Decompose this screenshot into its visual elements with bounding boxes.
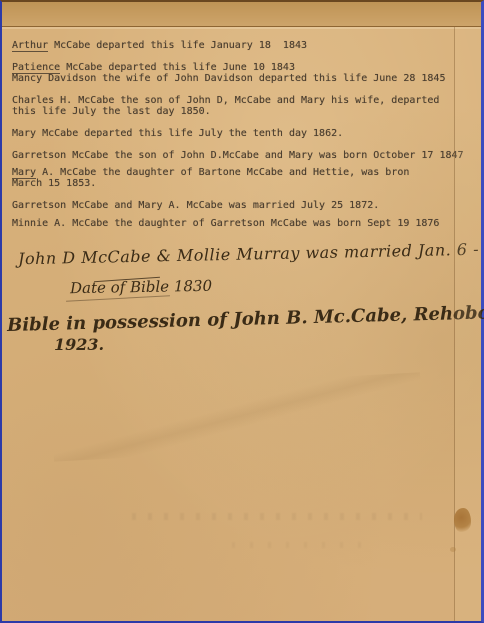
bleed-through-marks (132, 513, 422, 520)
typed-line: Garretson McCabe and Mary A. McCabe was … (12, 200, 465, 211)
paper-wrinkle (50, 372, 423, 461)
typed-text: McCabe departed this life June 10 1843 (60, 62, 295, 73)
typed-paragraph: Garretson McCabe the son of John D.McCab… (12, 150, 465, 161)
typed-line: Mary A. McCabe the daughter of Bartone M… (12, 167, 465, 178)
typed-text: Minnie A. McCabe the daughter of Garrets… (12, 218, 439, 229)
typed-paragraph: Arthur McCabe departed this life January… (12, 40, 465, 51)
typed-line: Patience McCabe departed this life June … (12, 62, 465, 73)
handwritten-line-possession: Bible in possession of John B. Mc.Cabe, … (7, 301, 484, 336)
typed-text: Garretson McCabe and Mary A. McCabe was … (12, 200, 379, 211)
typed-text: Mary McCabe departed this life July the … (12, 128, 343, 139)
typed-paragraph: Mary A. McCabe the daughter of Bartone M… (12, 167, 465, 189)
underlined-name: Arthur (12, 40, 48, 52)
typed-paragraph: Patience McCabe departed this life June … (12, 62, 465, 84)
bleed-through-marks (232, 542, 372, 548)
paper-fold-band (2, 2, 481, 27)
typed-line: Mary McCabe departed this life July the … (12, 128, 465, 139)
typed-text: this life July the last day 1850. (12, 106, 211, 117)
scanned-document-page: Arthur McCabe departed this life January… (0, 0, 484, 623)
typed-paragraph: Charles H. McCabe the son of John D, McC… (12, 95, 465, 117)
typed-line: Garretson McCabe the son of John D.McCab… (12, 150, 465, 161)
typed-text: March 15 1853. (12, 178, 96, 189)
handwritten-line-marriage: John D McCabe & Mollie Murray was marrie… (18, 239, 484, 269)
typed-paragraph: Minnie A. McCabe the daughter of Garrets… (12, 218, 465, 229)
typed-paragraph: Garretson McCabe and Mary A. McCabe was … (12, 200, 465, 211)
ink-stain (454, 508, 471, 532)
typed-line: March 15 1853. (12, 178, 465, 189)
typed-text: Mancy Davidson the wife of John Davidson… (12, 73, 445, 84)
typed-line: Minnie A. McCabe the daughter of Garrets… (12, 218, 465, 229)
handwritten-line-year: 1923. (54, 335, 104, 354)
typed-line: Mancy Davidson the wife of John Davidson… (12, 73, 465, 84)
handwritten-line-bible-date: Date of Bible 1830 (70, 277, 212, 297)
typed-paragraph: Mary McCabe departed this life July the … (12, 128, 465, 139)
typed-line: this life July the last day 1850. (12, 106, 465, 117)
typed-line: Charles H. McCabe the son of John D, McC… (12, 95, 465, 106)
typed-line: Arthur McCabe departed this life January… (12, 40, 465, 51)
typed-text: Garretson McCabe the son of John D.McCab… (12, 150, 464, 161)
typed-text: A. McCabe the daughter of Bartone McCabe… (36, 167, 409, 178)
typed-records: Arthur McCabe departed this life January… (12, 40, 465, 240)
ink-stain-dot (450, 547, 456, 552)
typed-text: Charles H. McCabe the son of John D, McC… (12, 95, 439, 106)
typed-text: McCabe departed this life January 18 184… (48, 40, 307, 51)
